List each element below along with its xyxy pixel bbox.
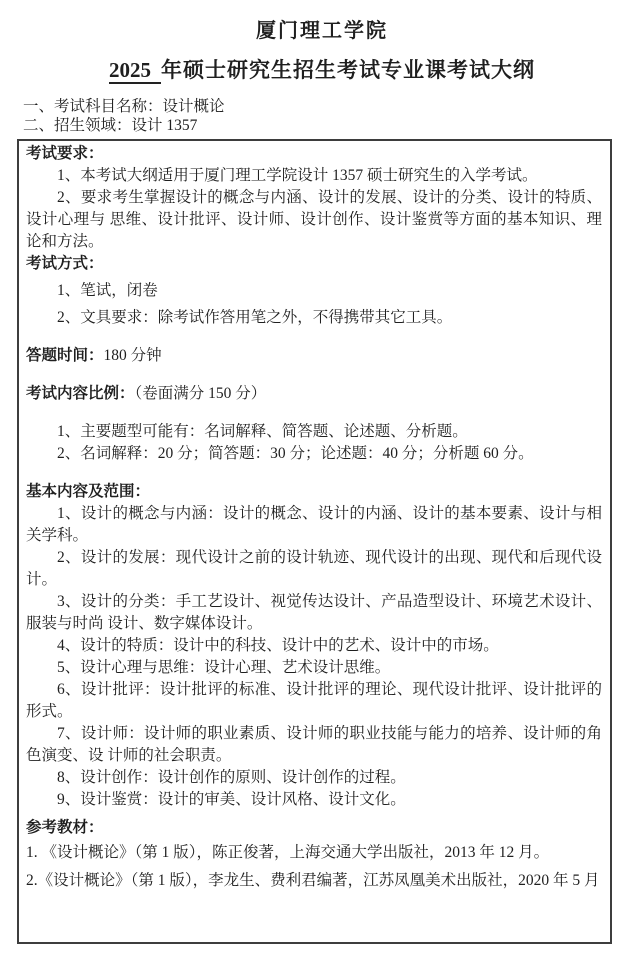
content-item-8: 8、设计创作：设计创作的原则、设计创作的过程。 — [26, 767, 602, 789]
method-item-2: 2、文具要求：除考试作答用笔之外，不得携带其它工具。 — [26, 307, 602, 329]
method-heading: 考试方式： — [26, 253, 602, 275]
content-item-2: 2、设计的发展：现代设计之前的设计轨迹、现代设计的出现、现代和后现代设计。 — [26, 547, 602, 591]
outline-box: 考试要求： 1、本考试大纲适用于厦门理工学院设计 1357 硕士研究生的入学考试… — [17, 139, 612, 944]
content-item-5: 5、设计心理与思维：设计心理、艺术设计思维。 — [26, 657, 602, 679]
exam-title-text: 年硕士研究生招生考试专业课考试大纲 — [161, 59, 535, 82]
exam-year-underlined: 2025 — [109, 58, 161, 84]
proportion-label: 考试内容比例： — [26, 385, 135, 402]
references-heading: 参考教材： — [26, 817, 602, 839]
content-item-9: 9、设计鉴赏：设计的审美、设计风格、设计文化。 — [26, 789, 602, 811]
proportion-line: 考试内容比例：（卷面满分 150 分） — [26, 383, 602, 405]
content-item-6: 6、设计批评：设计批评的标准、设计批评的理论、现代设计批评、设计批评的形式。 — [26, 679, 602, 723]
proportion-note: （卷面满分 150 分） — [135, 385, 267, 402]
content-heading: 基本内容及范围： — [26, 481, 602, 503]
content-item-4: 4、设计的特质：设计中的科技、设计中的艺术、设计中的市场。 — [26, 635, 602, 657]
subject-line: 一、考试科目名称：设计概论 — [23, 97, 612, 116]
reference-item-1: 1. 《设计概论》（第 1 版），陈正俊著，上海交通大学出版社，2013 年 1… — [26, 839, 602, 867]
answer-time-label: 答题时间： — [26, 347, 104, 364]
school-title: 厦门理工学院 — [32, 18, 612, 44]
content-item-7: 7、设计师：设计师的职业素质、设计师的职业技能与能力的培养、设计师的角色演变、设… — [26, 723, 602, 767]
proportion-item-1: 1、主要题型可能有：名词解释、简答题、论述题、分析题。 — [26, 421, 602, 443]
proportion-item-2: 2、名词解释：20 分；简答题：30 分；论述题：40 分；分析题 60 分。 — [26, 443, 602, 465]
field-line: 二、招生领域：设计 1357 — [23, 116, 612, 135]
answer-time-value: 180 分钟 — [104, 347, 162, 364]
requirements-item-1: 1、本考试大纲适用于厦门理工学院设计 1357 硕士研究生的入学考试。 — [26, 165, 602, 187]
answer-time-line: 答题时间：180 分钟 — [26, 345, 602, 367]
content-item-3: 3、设计的分类：手工艺设计、视觉传达设计、产品造型设计、环境艺术设计、服装与时尚… — [26, 591, 602, 635]
exam-title: 2025年硕士研究生招生考试专业课考试大纲 — [32, 57, 612, 84]
requirements-heading: 考试要求： — [26, 143, 602, 165]
reference-item-2: 2.《设计概论》（第 1 版），李龙生、费利君编著，江苏凤凰美术出版社，2020… — [26, 867, 602, 895]
content-item-1: 1、设计的概念与内涵：设计的概念、设计的内涵、设计的基本要素、设计与相关学科。 — [26, 503, 602, 547]
requirements-item-2: 2、要求考生掌握设计的概念与内涵、设计的发展、设计的分类、设计的特质、设计心理与… — [26, 187, 602, 253]
document-page: 厦门理工学院 2025年硕士研究生招生考试专业课考试大纲 一、考试科目名称：设计… — [0, 0, 644, 964]
method-item-1: 1、笔试，闭卷 — [26, 280, 602, 302]
